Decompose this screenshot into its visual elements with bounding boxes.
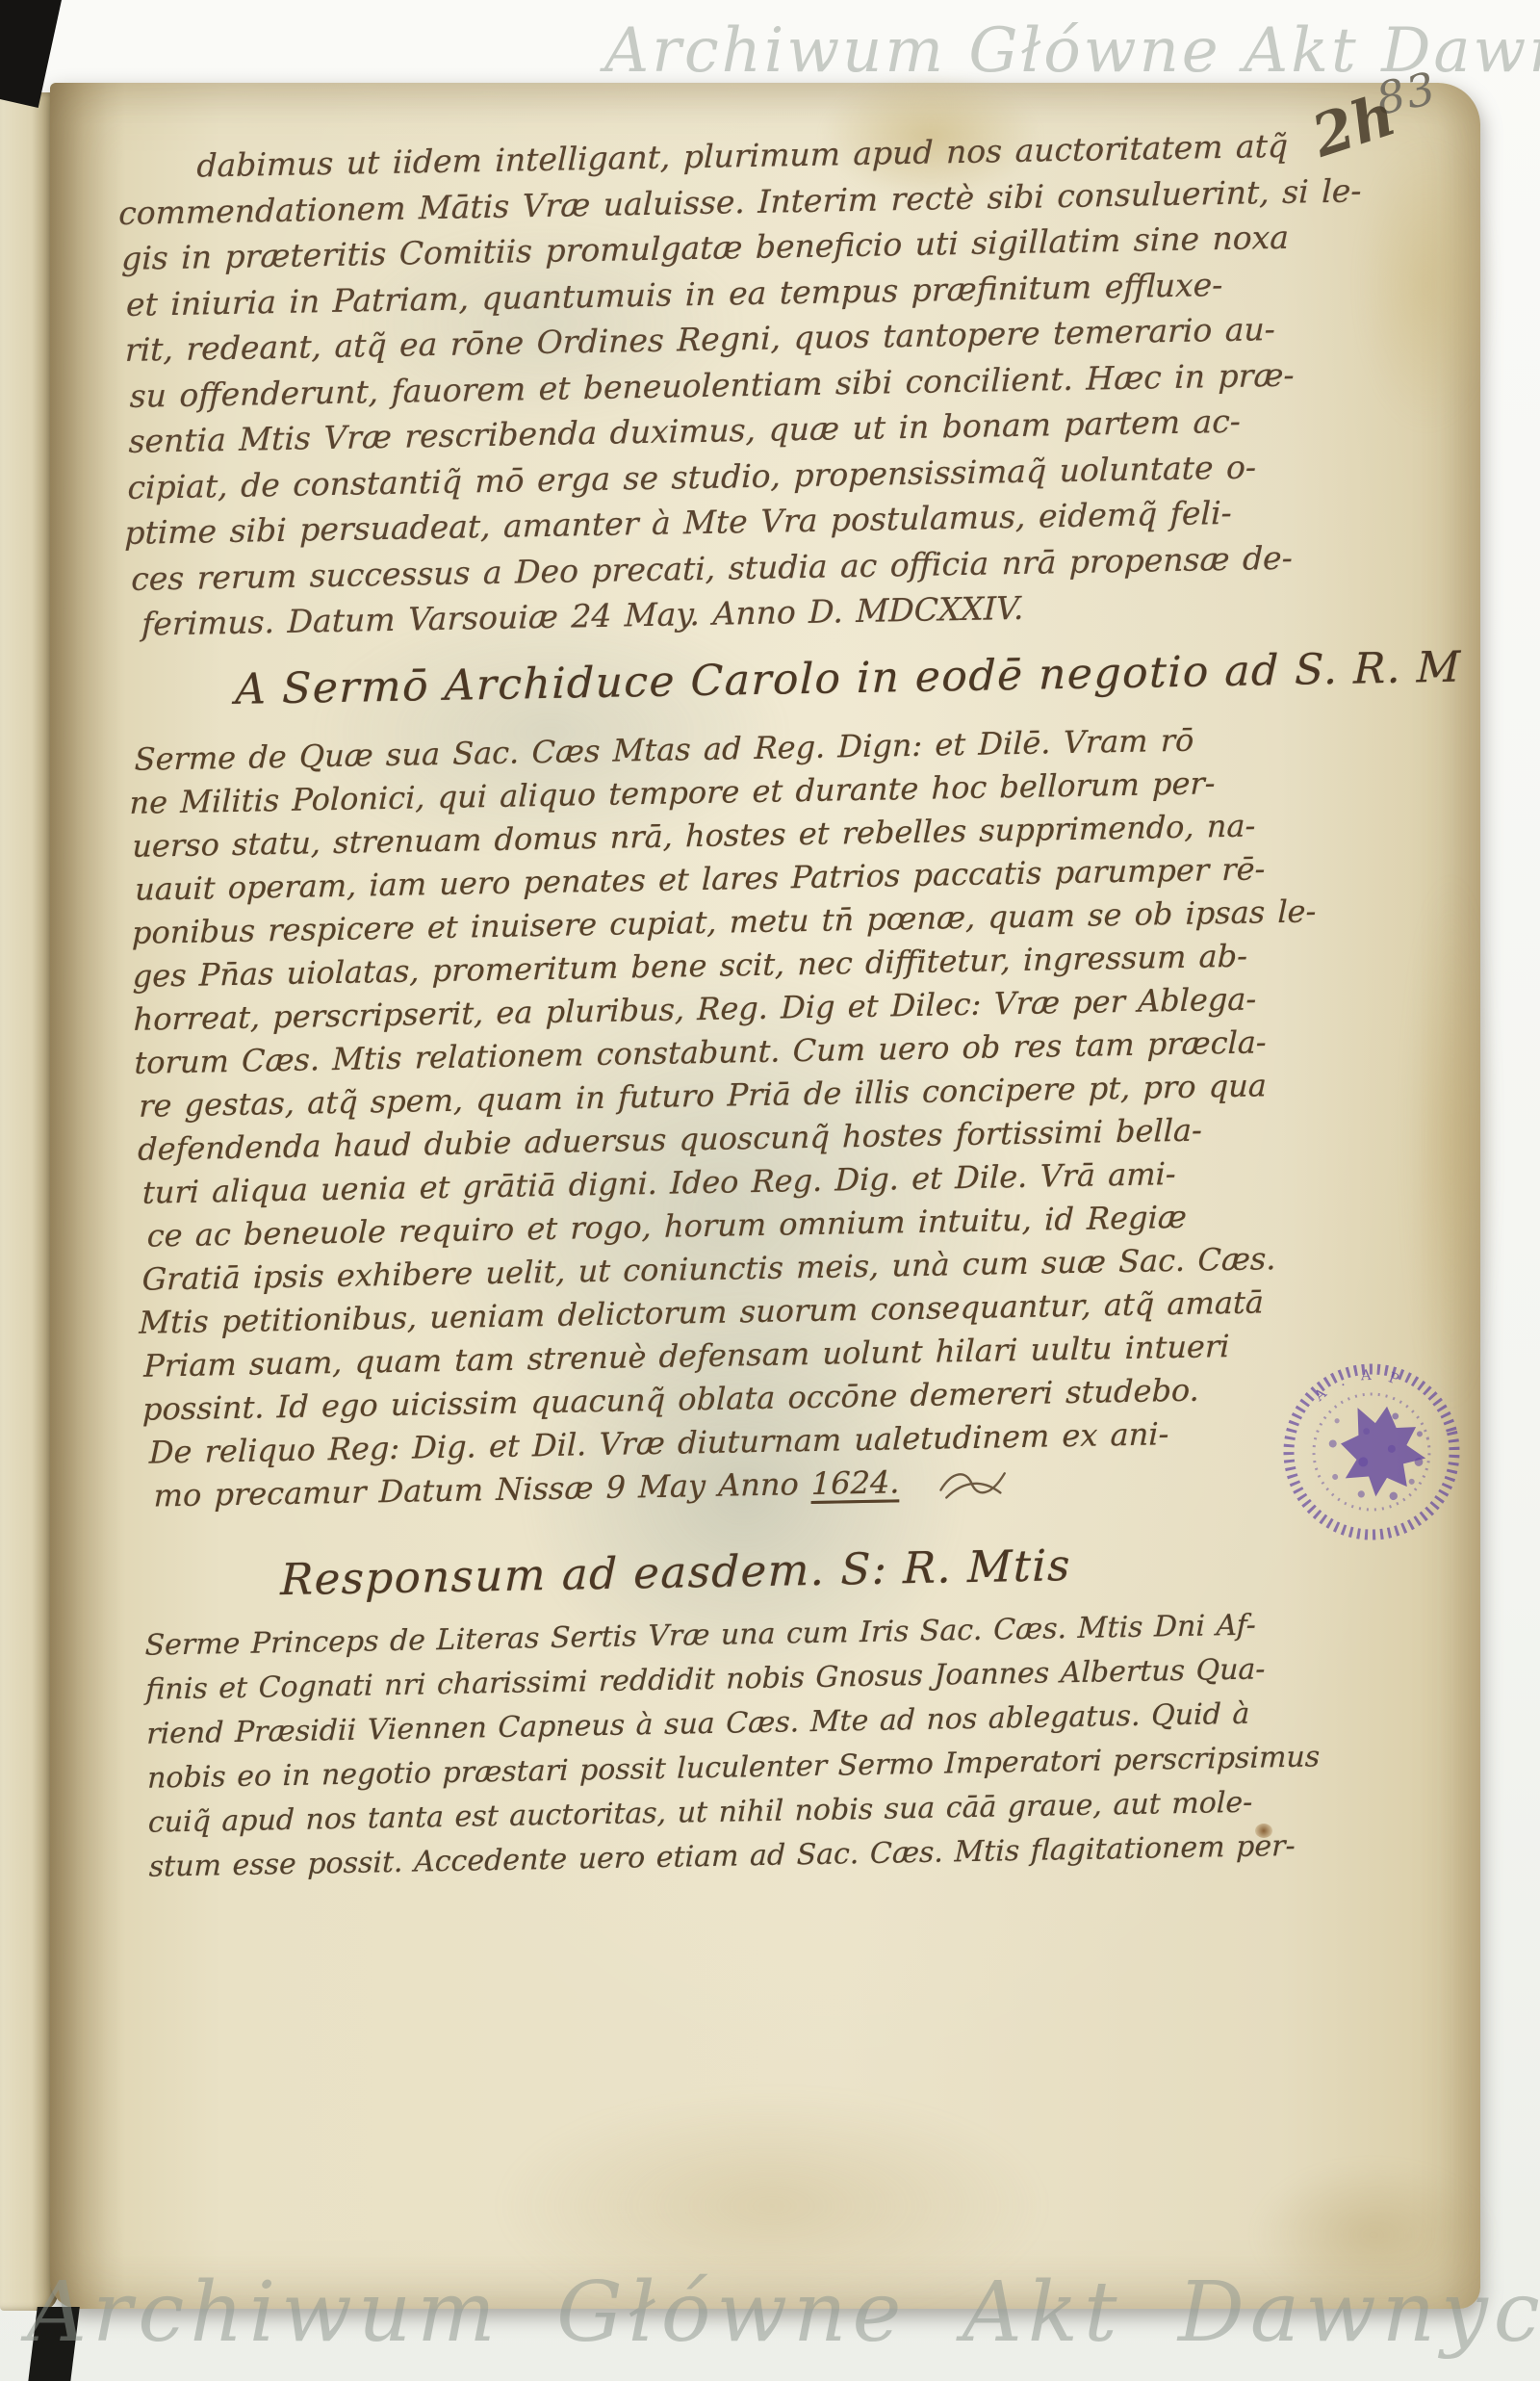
stamp-eagle xyxy=(1329,1395,1431,1503)
date-year: 1624. xyxy=(811,1463,900,1502)
binding-shadow-bottom xyxy=(28,2307,80,2381)
flourish-icon xyxy=(937,1462,1009,1502)
paragraph-3: Serme Princeps de Literas Sertis Vræ una… xyxy=(144,1599,1466,1889)
paper-stain xyxy=(502,2095,1041,2316)
section-heading-archiduke: A Sermō Archiduce Carolo in eodē negotio… xyxy=(235,636,1445,720)
date-line-text: mo precamur Datum Nissæ 9 May Anno xyxy=(153,1465,811,1514)
manuscript-page: 83 2h dabimus ut iidem intelligant, plur… xyxy=(50,83,1480,2309)
stamp-rim-letters: A . A P xyxy=(1307,1356,1410,1411)
svg-text:A . A P: A . A P xyxy=(1307,1356,1410,1411)
paragraph-1: dabimus ut iidem intelligant, plurimum a… xyxy=(117,120,1443,647)
gutter-shadow xyxy=(50,83,125,2309)
text-block: dabimus ut iidem intelligant, plurimum a… xyxy=(117,120,1466,1889)
scan-background: Archiwum Główne Akt Dawnych 83 2h dabimu… xyxy=(0,0,1540,2381)
section-heading-responsum: Responsum ad easdem. S: R. Mtis xyxy=(280,1526,1461,1611)
paper-stain xyxy=(1253,2162,1494,2307)
book-gutter-leaf-edge xyxy=(0,92,58,2311)
